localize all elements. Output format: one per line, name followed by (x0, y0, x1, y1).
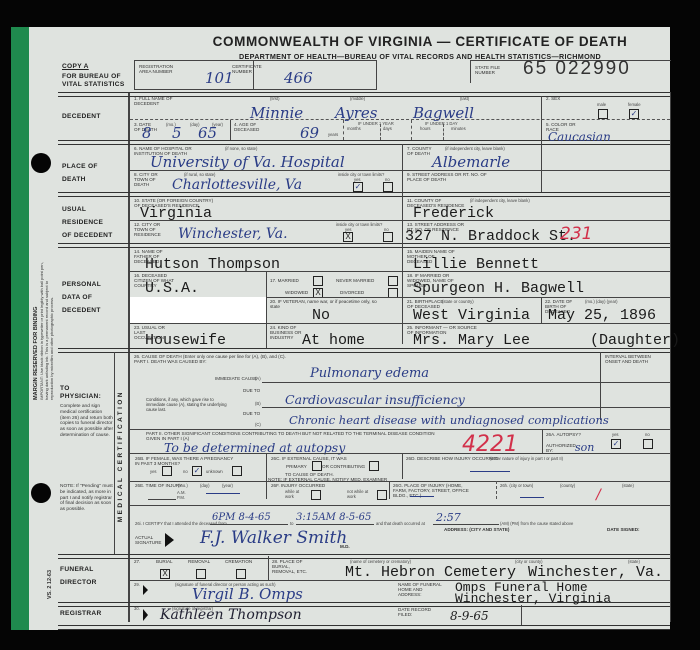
immediate-cause-label: IMMEDIATE CAUSE (215, 376, 257, 381)
blank-stroke (206, 493, 240, 494)
cell-line (268, 556, 269, 580)
section-residence: USUAL RESIDENCE OF DECEDENT (62, 203, 113, 242)
death-street-label: 9. STREET ADDRESS OR RT. NO. OF PLACE OF… (407, 172, 487, 182)
sex-column-line (541, 96, 542, 192)
pending-note: NOTE: If "Pending" must be indicated, as… (60, 484, 116, 513)
row-divider (130, 170, 670, 171)
burial-checkbox[interactable]: X (160, 569, 170, 579)
red-mark: / (596, 487, 601, 503)
row-divider (130, 481, 670, 482)
medical-certification-label: MEDICAL CERTIFICATION (117, 390, 124, 522)
row-divider (130, 429, 670, 430)
section-decedent: DECEDENT (62, 110, 101, 123)
autopsy-yes-checkbox[interactable]: ✓ (611, 439, 621, 449)
sex-female-checkbox[interactable]: ✓ (629, 109, 639, 119)
cell-line (380, 124, 381, 140)
section-label-line: RESIDENCE (62, 216, 113, 229)
preg-unknown-label: unknown (206, 469, 223, 474)
blank-line (210, 524, 288, 525)
external-cause-label: 26c. IF EXTERNAL CAUSE, IT WAS (271, 456, 347, 461)
pm-label: P.M. (177, 495, 185, 500)
row-divider (130, 580, 670, 581)
row-divider (130, 271, 670, 272)
pregnancy-unknown-checkbox[interactable] (232, 466, 242, 476)
cell-line (521, 605, 522, 625)
preg-no-label: no (183, 469, 188, 474)
section-label-line: USUAL (62, 203, 113, 216)
blank-stroke (410, 496, 434, 497)
disposition-label: 27. (134, 559, 140, 564)
blank-line (148, 499, 176, 500)
death-occurred-label: and that death occurred at (376, 521, 425, 526)
age-label: 4. AGE OF DECEASED (234, 122, 264, 132)
date-filed-value: 8-9-65 (450, 609, 489, 623)
cell-line (266, 453, 267, 499)
business-value: At home (302, 332, 365, 349)
burial-place-label: 28. PLACE OF BURIAL, REMOVAL, ETC. (272, 559, 310, 574)
autopsy-no-checkbox[interactable] (643, 439, 653, 449)
occupation-value: Housewife (145, 332, 226, 349)
cause-a-line (262, 382, 670, 383)
pregnancy-no-checkbox[interactable]: ✓ (192, 466, 202, 476)
date-filed-label: DATE RECORD FILED: (398, 607, 438, 617)
cause-b-line (262, 407, 670, 408)
cell-line (343, 120, 344, 140)
informant-relation: (Daughter) (590, 332, 680, 349)
medical-frame-line (114, 352, 115, 554)
birthplace-hint: (state or country) (442, 299, 474, 304)
describe-injury-label: 26d. DESCRIBE HOW INJURY OCCURRED. (406, 456, 500, 461)
residence-inside-limits-yes-checkbox[interactable]: X (343, 232, 353, 242)
interval-label: INTERVAL BETWEEN ONSET AND DEATH (605, 354, 655, 364)
mid-column-line (402, 144, 403, 344)
county-of-death-value: Albemarle (432, 153, 510, 171)
residence-county-hint: (if independent city, leave blank) (470, 198, 530, 203)
blank-line (433, 524, 499, 525)
section-label-line: PLACE OF (62, 160, 98, 173)
row-divider (130, 119, 670, 120)
state-file-number: 65 022990 (523, 58, 631, 80)
middle-name-hint: (middle) (350, 96, 365, 101)
cause-b-value: Cardiovascular insufficiency (285, 392, 465, 407)
age-value: 69 (300, 124, 319, 142)
section-label-line: DECEDENT (62, 304, 101, 317)
removal-checkbox[interactable] (196, 569, 206, 579)
county-of-death-hint: (if independent city, leave blank) (445, 146, 505, 151)
contributing-checkbox[interactable] (369, 461, 379, 471)
race-value: Caucasian (548, 130, 611, 144)
death-month-value: 8 (142, 124, 152, 142)
section-funeral-director: FUNERAL DIRECTOR (60, 563, 97, 589)
row-divider (130, 323, 670, 324)
removal-label: REMOVAL (188, 559, 210, 564)
month-hint: (mo.) (178, 483, 188, 488)
spouse-value: Spurgeon H. Bagwell (413, 280, 584, 297)
citizen-value: U.S.A. (145, 280, 199, 297)
last-name-hint: (last) (460, 96, 469, 101)
day-hint: (day) (200, 483, 210, 488)
cell-line (230, 120, 231, 140)
full-name-label: 1. FULL NAME OF DECEDENT (134, 96, 174, 106)
cell-line (389, 481, 390, 499)
days-hint: days (383, 126, 392, 131)
death-day-value: 5 (172, 124, 182, 142)
cause-b-label: (B) (255, 401, 261, 406)
important-note: IMPORTANT: Use black ribbon in typewrite… (39, 260, 54, 400)
certificate-number-value: 466 (284, 69, 313, 87)
city-of-death-label: 8. CITY OR TOWN OF DEATH (134, 172, 164, 187)
red-annotation-231: 231 (560, 224, 592, 244)
binding-margin-note: MARGIN RESERVED FOR BINDING IMPORTANT: U… (33, 260, 63, 400)
first-name-hint: (first) (270, 96, 280, 101)
residence-inside-limits-no-checkbox[interactable] (383, 232, 393, 242)
section-rule (58, 625, 670, 630)
injury-county-label: (county) (560, 483, 575, 488)
city-of-death-value: Charlottesville, Va (172, 177, 302, 193)
pregnancy-yes-checkbox[interactable] (162, 466, 172, 476)
blank-stroke (520, 497, 544, 498)
section-label-line: DIRECTOR (60, 576, 97, 589)
punch-hole (31, 483, 51, 503)
copy-label: COPY A (62, 60, 89, 73)
section-label-line: FUNERAL (60, 563, 97, 576)
death-time-value: 2:57 (436, 511, 461, 524)
cremation-label: CREMATION (225, 559, 252, 564)
section-label-line: PERSONAL (62, 278, 101, 291)
minutes-hint: minutes (451, 126, 466, 131)
md-label: M.D. (340, 544, 350, 549)
pregnancy-label: 26b. IF FEMALE, WAS THERE A PREGNANCY IN… (135, 456, 235, 466)
injury-state-label: (state) (622, 483, 634, 488)
funeral-home-label: NAME OF FUNERAL HOME AND ADDRESS: (398, 582, 446, 597)
primary-checkbox[interactable] (312, 461, 322, 471)
frame-line (670, 92, 671, 622)
autopsy-label: 26a. AUTOPSY? (546, 432, 581, 437)
year-hint: (year) (222, 483, 233, 488)
actual-signature-label: ACTUAL SIGNATURE (135, 535, 161, 545)
residence-city-label: 12. CITY OR TOWN OF RESIDENCE (134, 222, 170, 237)
physician-instructions: Complete and sign medical certification … (60, 404, 114, 439)
section-rule (58, 192, 670, 197)
divorced-label: DIVORCED (340, 290, 364, 295)
hospital-value: University of Va. Hospital (150, 153, 345, 171)
hospital-hint: (if none, so state) (225, 146, 257, 151)
widowed-label: WIDOWED (285, 290, 308, 295)
form-code: VS. 2 12-63 (47, 570, 53, 599)
preg-yes-label: yes (150, 469, 157, 474)
while-at-work-checkbox[interactable] (311, 490, 321, 500)
never-married-label: NEVER MARRIED (336, 278, 374, 283)
injury-city-label: 26h. (city or town) (500, 483, 533, 488)
state-file-label: STATE FILE NUMBER (475, 65, 505, 75)
attended-to-value: 3:15AM 8-5-65 (296, 512, 371, 523)
row-divider (266, 297, 670, 298)
time-of-injury-label: 26e. TIME OF INJURY (135, 483, 182, 488)
row-divider (130, 505, 670, 506)
registration-area-label: REGISTRATION AREA NUMBER (139, 64, 179, 74)
burial-label: BURIAL (156, 559, 173, 564)
date-signed-label: DATE SIGNED: (607, 527, 640, 532)
autopsy-no-label: no (645, 432, 650, 437)
residence-street-value: 327 N. Braddock St. (405, 228, 576, 245)
place-of-injury-label: 26g. PLACE OF INJURY (home, farm, factor… (393, 483, 477, 498)
section-place-of-death: PLACE OF DEATH (62, 160, 98, 186)
cause-a-value: Pulmonary edema (310, 366, 429, 381)
cause-a-label: (A) (255, 376, 261, 381)
informant-value: Mrs. Mary Lee (413, 332, 530, 349)
cell-line (266, 271, 267, 348)
registrar-number: 30. (134, 606, 140, 611)
inside-limits-label: inside city or town limits? (338, 172, 384, 177)
male-label: male (597, 102, 606, 107)
cemetery-city-value: Winchester, Va. (528, 564, 663, 581)
cemetery-value: Mt. Hebron Cemetery (345, 564, 516, 581)
death-year-value: 65 (198, 124, 217, 142)
married-checkbox[interactable] (313, 276, 323, 286)
section-label-line: DEATH (62, 173, 98, 186)
while-at-work-label: while at work (285, 489, 305, 499)
female-label: female (628, 102, 641, 107)
death-inside-limits-yes-checkbox[interactable]: ✓ (353, 182, 363, 192)
cell-line (443, 124, 444, 140)
copy-for: FOR BUREAU OF VITAL STATISTICS (62, 73, 132, 89)
binding-strip (11, 27, 29, 630)
part1-label: PART I. DEATH WAS CAUSED BY: (134, 359, 207, 364)
address-label: ADDRESS: (CITY AND STATE) (444, 527, 509, 532)
signature-arrow-icon (165, 533, 174, 547)
due-to-label: DUE TO (243, 388, 260, 393)
months-hint: months (347, 126, 361, 131)
cremation-checkbox[interactable] (236, 569, 246, 579)
certificate-number-box: CERTIFICATE NUMBER 466 (226, 60, 377, 90)
cause-c-value: Chronic heart disease with undiagnosed c… (289, 413, 609, 427)
veteran-value: No (312, 307, 330, 324)
sex-male-checkbox[interactable] (598, 109, 608, 119)
hours-hint: hours (420, 126, 430, 131)
cell-line (411, 120, 412, 140)
signature-arrow-icon (143, 585, 148, 595)
blank-line (296, 524, 374, 525)
cell-line (496, 481, 497, 499)
to-label: to (290, 521, 294, 526)
contributing-label: or CONTRIBUTING (322, 464, 365, 469)
authorized-by-label: AUTHORIZED BY: (546, 443, 570, 453)
interval-column-line (600, 352, 601, 420)
inside-limits-label: inside city or town limits? (336, 222, 382, 227)
cause-c-label: (C) (255, 422, 261, 427)
funeral-director-signature[interactable]: Virgil B. Omps (192, 585, 303, 603)
death-inside-limits-no-checkbox[interactable] (383, 182, 393, 192)
section-registrar: REGISTRAR (60, 607, 102, 620)
row-divider (130, 220, 670, 221)
funeral-home-address: Winchester, Virginia (455, 591, 611, 606)
due-to-label: DUE TO (243, 411, 260, 416)
injury-occurred-label: 26f. INJURY OCCURRED (271, 483, 325, 488)
redacted-field (130, 297, 266, 323)
dob-value: May 25, 1896 (548, 307, 656, 324)
section-personal: PERSONAL DATA OF DECEDENT (62, 278, 101, 317)
registrar-signature[interactable]: Kathleen Thompson (160, 607, 302, 623)
not-while-at-work-checkbox[interactable] (377, 490, 387, 500)
frame-line (128, 92, 130, 622)
describe-injury-hint: (enter nature of injury in part I or par… (490, 456, 563, 461)
blank-stroke (470, 471, 510, 472)
section-label-line: OF DECEDENT (62, 229, 113, 242)
autopsy-yes-label: yes (612, 432, 619, 437)
cell-line (541, 297, 542, 323)
never-married-checkbox[interactable] (388, 276, 398, 286)
cell-line (402, 453, 403, 479)
married-label: 17. MARRIED (270, 278, 299, 283)
document-title: COMMONWEALTH OF VIRGINIA — CERTIFICATE O… (190, 34, 650, 49)
physician-signature[interactable]: F.J. Walker Smith (200, 528, 347, 548)
sex-label: 2. SEX (546, 96, 560, 101)
punch-hole (31, 153, 51, 173)
not-while-at-work-label: not while at work (347, 489, 373, 499)
residence-city-value: Winchester, Va. (178, 226, 288, 242)
birthplace-value: West Virginia (413, 307, 530, 324)
section-label-line: DATA OF (62, 291, 101, 304)
signature-arrow-icon (143, 609, 148, 621)
row-divider (130, 453, 670, 454)
certificate-number-label: CERTIFICATE NUMBER (232, 64, 272, 74)
primary-label: PRIMARY (286, 464, 307, 469)
ampm-label: (AM) (PM) from the cause stated above (500, 521, 573, 526)
cell-line (542, 429, 543, 453)
attended-from-value: 6PM 8-4-65 (212, 512, 271, 523)
section-to-physician: TO PHYSICIAN: (60, 385, 110, 401)
conditions-note: Conditions, if any, which gave rise to i… (146, 397, 231, 412)
state-file-box: STATE FILE NUMBER 65 022990 (470, 60, 671, 83)
years-hint: years (328, 132, 338, 137)
director-signature-number: 29. (134, 582, 140, 587)
dob-hint: (mo.) (day) (year) (585, 299, 618, 304)
